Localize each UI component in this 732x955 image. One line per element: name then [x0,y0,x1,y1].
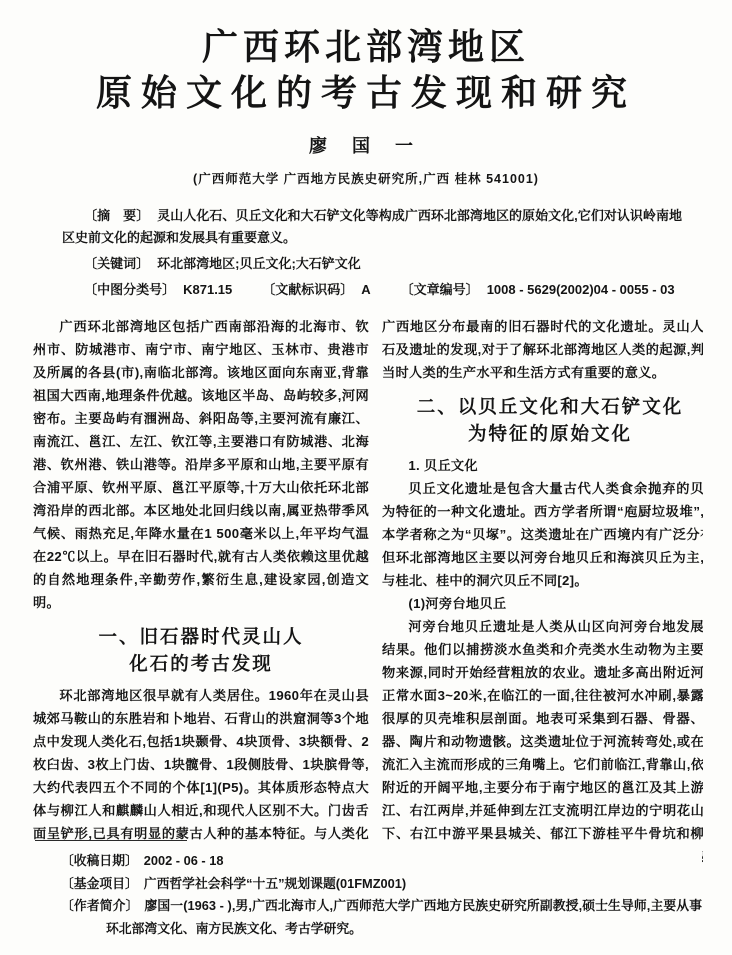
continued-paragraph: 广西地区分布最南的旧石器时代的文化遗址。灵山人化石及遗址的发现,对于了解环北部湾… [382,315,703,384]
footnote-block: 〔收稿日期〕2002 - 06 - 18 〔基金项目〕广西哲学社会科学“十五”规… [33,840,702,940]
keywords-label: 〔关键词〕 [84,256,149,271]
footnote-fund-project: 〔基金项目〕广西哲学社会科学“十五”规划课题(01FMZ001) [61,873,702,896]
subsection1-heading: 1. 贝丘文化 [382,454,703,477]
fund-project-text: 广西哲学社会科学“十五”规划课题(01FMZ001) [144,876,406,891]
fund-project-label: 〔基金项目〕 [61,876,138,891]
received-date-label: 〔收稿日期〕 [61,853,138,868]
author-bio-text: 廖国一(1963 - ),男,广西北海市人,广西师范大学广西地方民族史研究所副教… [106,898,702,936]
author-bio-label: 〔作者简介〕 [61,898,138,913]
clc-segment: 〔中图分类号〕K871.15 [84,282,232,297]
section1-heading-line2: 化石的考古发现 [33,650,369,677]
keywords-row: 〔关键词〕环北部湾地区;贝丘文化;大石铲文化 [62,253,682,275]
author-name: 廖 国 一 [0,132,732,158]
article-id-label: 〔文章编号〕 [401,282,479,297]
intro-paragraph: 广西环北部湾地区包括广西南部沿海的北海市、钦州市、防城港市、南宁市、南宁地区、玉… [33,315,369,614]
right-column: 广西地区分布最南的旧石器时代的文化遗址。灵山人化石及遗址的发现,对于了解环北部湾… [382,315,703,867]
abstract-text: 灵山人化石、贝丘文化和大石铲文化等构成广西环北部湾地区的原始文化,它们对认识岭南… [62,208,682,245]
footnote-received-date: 〔收稿日期〕2002 - 06 - 18 [61,850,702,873]
clc-label: 〔中图分类号〕 [84,282,175,297]
abstract-row: 〔摘 要〕灵山人化石、贝丘文化和大石铲文化等构成广西环北部湾地区的原始文化,它们… [62,205,682,249]
subsection2-heading: (1)河旁台地贝丘 [382,592,703,615]
section2-heading-line2: 为特征的原始文化 [382,420,703,447]
article-header: 广西环北部湾地区 原始文化的考古发现和研究 廖 国 一 (广西师范大学 广西地方… [0,0,732,187]
article-body: 广西环北部湾地区包括广西南部沿海的北海市、钦州市、防城港市、南宁市、南宁地区、玉… [33,315,703,867]
footnote-author-bio: 〔作者简介〕廖国一(1963 - ),男,广西北海市人,广西师范大学广西地方民族… [61,895,702,940]
keywords-text: 环北部湾地区;贝丘文化;大石铲文化 [157,256,361,271]
left-column: 广西环北部湾地区包括广西南部沿海的北海市、钦州市、防城港市、南宁市、南宁地区、玉… [33,315,369,867]
author-affiliation: (广西师范大学 广西地方民族史研究所,广西 桂林 541001) [0,169,732,187]
subsection1-paragraph: 贝丘文化遗址是包含大量古代人类食余抛弃的贝壳为特征的一种文化遗址。西方学者所谓“… [382,477,703,592]
footnotes: 〔收稿日期〕2002 - 06 - 18 〔基金项目〕广西哲学社会科学“十五”规… [61,850,702,940]
subsection2-paragraph: 河旁台地贝丘遗址是人类从山区向河旁台地发展的结果。他们以捕捞淡水鱼类和介壳类水生… [382,615,703,867]
article-title-line2: 原始文化的考古发现和研究 [0,70,732,116]
doc-code-value: A [361,282,370,297]
article-title-line1: 广西环北部湾地区 [0,24,732,70]
abstract-label: 〔摘 要〕 [84,208,149,223]
classification-row: 〔中图分类号〕K871.15〔文献标识码〕A〔文章编号〕1008 - 5629(… [62,279,682,301]
section1-heading-line1: 一、旧石器时代灵山人 [33,623,369,650]
article-id-value: 1008 - 5629(2002)04 - 0055 - 03 [487,282,675,297]
article-meta: 〔摘 要〕灵山人化石、贝丘文化和大石铲文化等构成广西环北部湾地区的原始文化,它们… [62,205,682,301]
doc-code-segment: 〔文献标识码〕A [262,282,370,297]
received-date-text: 2002 - 06 - 18 [144,853,224,868]
footnote-rule [35,840,187,841]
doc-code-label: 〔文献标识码〕 [262,282,353,297]
journal-page: 广西环北部湾地区 原始文化的考古发现和研究 廖 国 一 (广西师范大学 广西地方… [0,0,732,955]
article-id-segment: 〔文章编号〕1008 - 5629(2002)04 - 0055 - 03 [401,282,675,297]
clc-value: K871.15 [183,282,232,297]
section2-heading-line1: 二、以贝丘文化和大石铲文化 [382,393,703,420]
